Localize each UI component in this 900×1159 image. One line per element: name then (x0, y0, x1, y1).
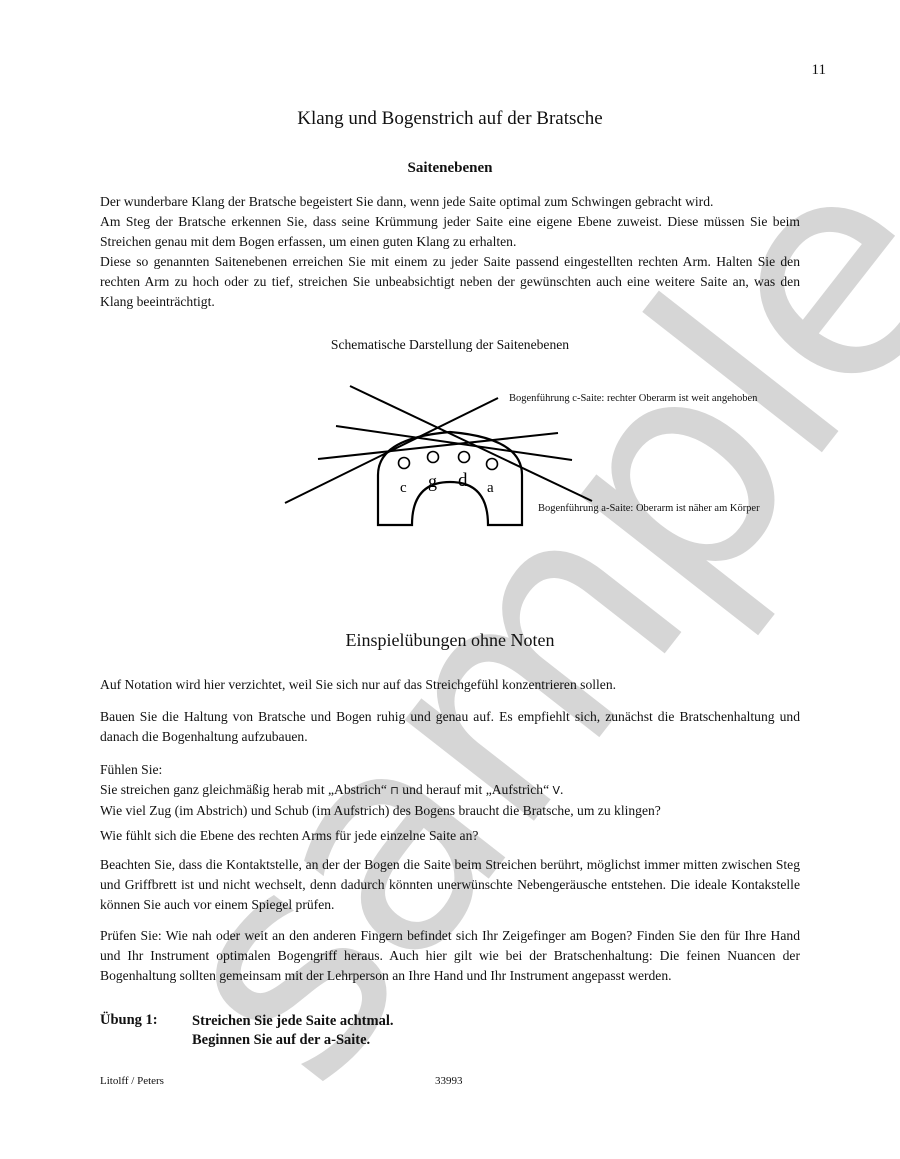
paragraph-haltung: Bauen Sie die Haltung von Bratsche und B… (100, 707, 800, 747)
feel-heading: Fühlen Sie: (100, 760, 800, 780)
feel-line-3: Wie fühlt sich die Ebene des rechten Arm… (100, 826, 800, 846)
string-d-circle (459, 452, 470, 463)
intro-text: Der wunderbare Klang der Bratsche begeis… (100, 192, 800, 312)
string-label-g: g (428, 471, 437, 491)
paragraph-notation: Auf Notation wird hier verzichtet, weil … (100, 675, 800, 695)
bow-line-g (336, 426, 572, 460)
intro-paragraph-2: Am Steg der Bratsche erkennen Sie, dass … (100, 212, 800, 252)
feel-line-1-part-c: . (560, 782, 563, 797)
footer-publisher: Litolff / Peters (100, 1075, 164, 1087)
string-planes-diagram: c g d a (270, 380, 830, 560)
paragraph-pruefen: Prüfen Sie: Wie nah oder weit an den and… (100, 926, 800, 986)
feel-block: Fühlen Sie: Sie streichen ganz gleichmäß… (100, 760, 800, 846)
page-title: Klang und Bogenstrich auf der Bratsche (0, 108, 900, 130)
section-heading-saitenebenen: Saitenebenen (0, 160, 900, 177)
upbow-icon: V (553, 784, 561, 797)
string-label-a: a (487, 480, 494, 496)
feel-line-1: Sie streichen ganz gleichmäßig herab mit… (100, 780, 800, 801)
paragraph-kontaktstelle: Beachten Sie, dass die Kontaktstelle, an… (100, 855, 800, 915)
exercise-line-1: Streichen Sie jede Saite achtmal. (192, 1012, 394, 1031)
downbow-icon: ⊓ (390, 784, 399, 797)
string-g-circle (428, 452, 439, 463)
intro-paragraph-3: Diese so genannten Saitenebenen erreiche… (100, 252, 800, 312)
string-a-circle (487, 459, 498, 470)
section-heading-einspieluebungen: Einspielübungen ohne Noten (0, 630, 900, 651)
exercise-text: Streichen Sie jede Saite achtmal. Beginn… (192, 1012, 394, 1050)
exercise-line-2: Beginnen Sie auf der a-Saite. (192, 1031, 394, 1050)
bridge-diagram-svg: c g d a (270, 380, 830, 560)
exercise-label: Übung 1: (100, 1012, 158, 1029)
figure-caption: Schematische Darstellung der Saitenebene… (0, 337, 900, 353)
note-c-string: Bogenführung c-Saite: rechter Oberarm is… (509, 393, 757, 404)
footer-catalog-number: 33993 (435, 1075, 463, 1087)
string-label-d: d (458, 470, 468, 491)
string-c-circle (399, 458, 410, 469)
string-label-c: c (400, 480, 407, 496)
feel-line-1-part-b: und herauf mit „Aufstrich“ (399, 782, 553, 797)
intro-paragraph-1: Der wunderbare Klang der Bratsche begeis… (100, 192, 800, 212)
page-number: 11 (812, 62, 826, 79)
feel-line-1-part-a: Sie streichen ganz gleichmäßig herab mit… (100, 782, 390, 797)
note-a-string: Bogenführung a-Saite: Oberarm ist näher … (538, 503, 760, 514)
feel-line-2: Wie viel Zug (im Abstrich) und Schub (im… (100, 801, 800, 821)
